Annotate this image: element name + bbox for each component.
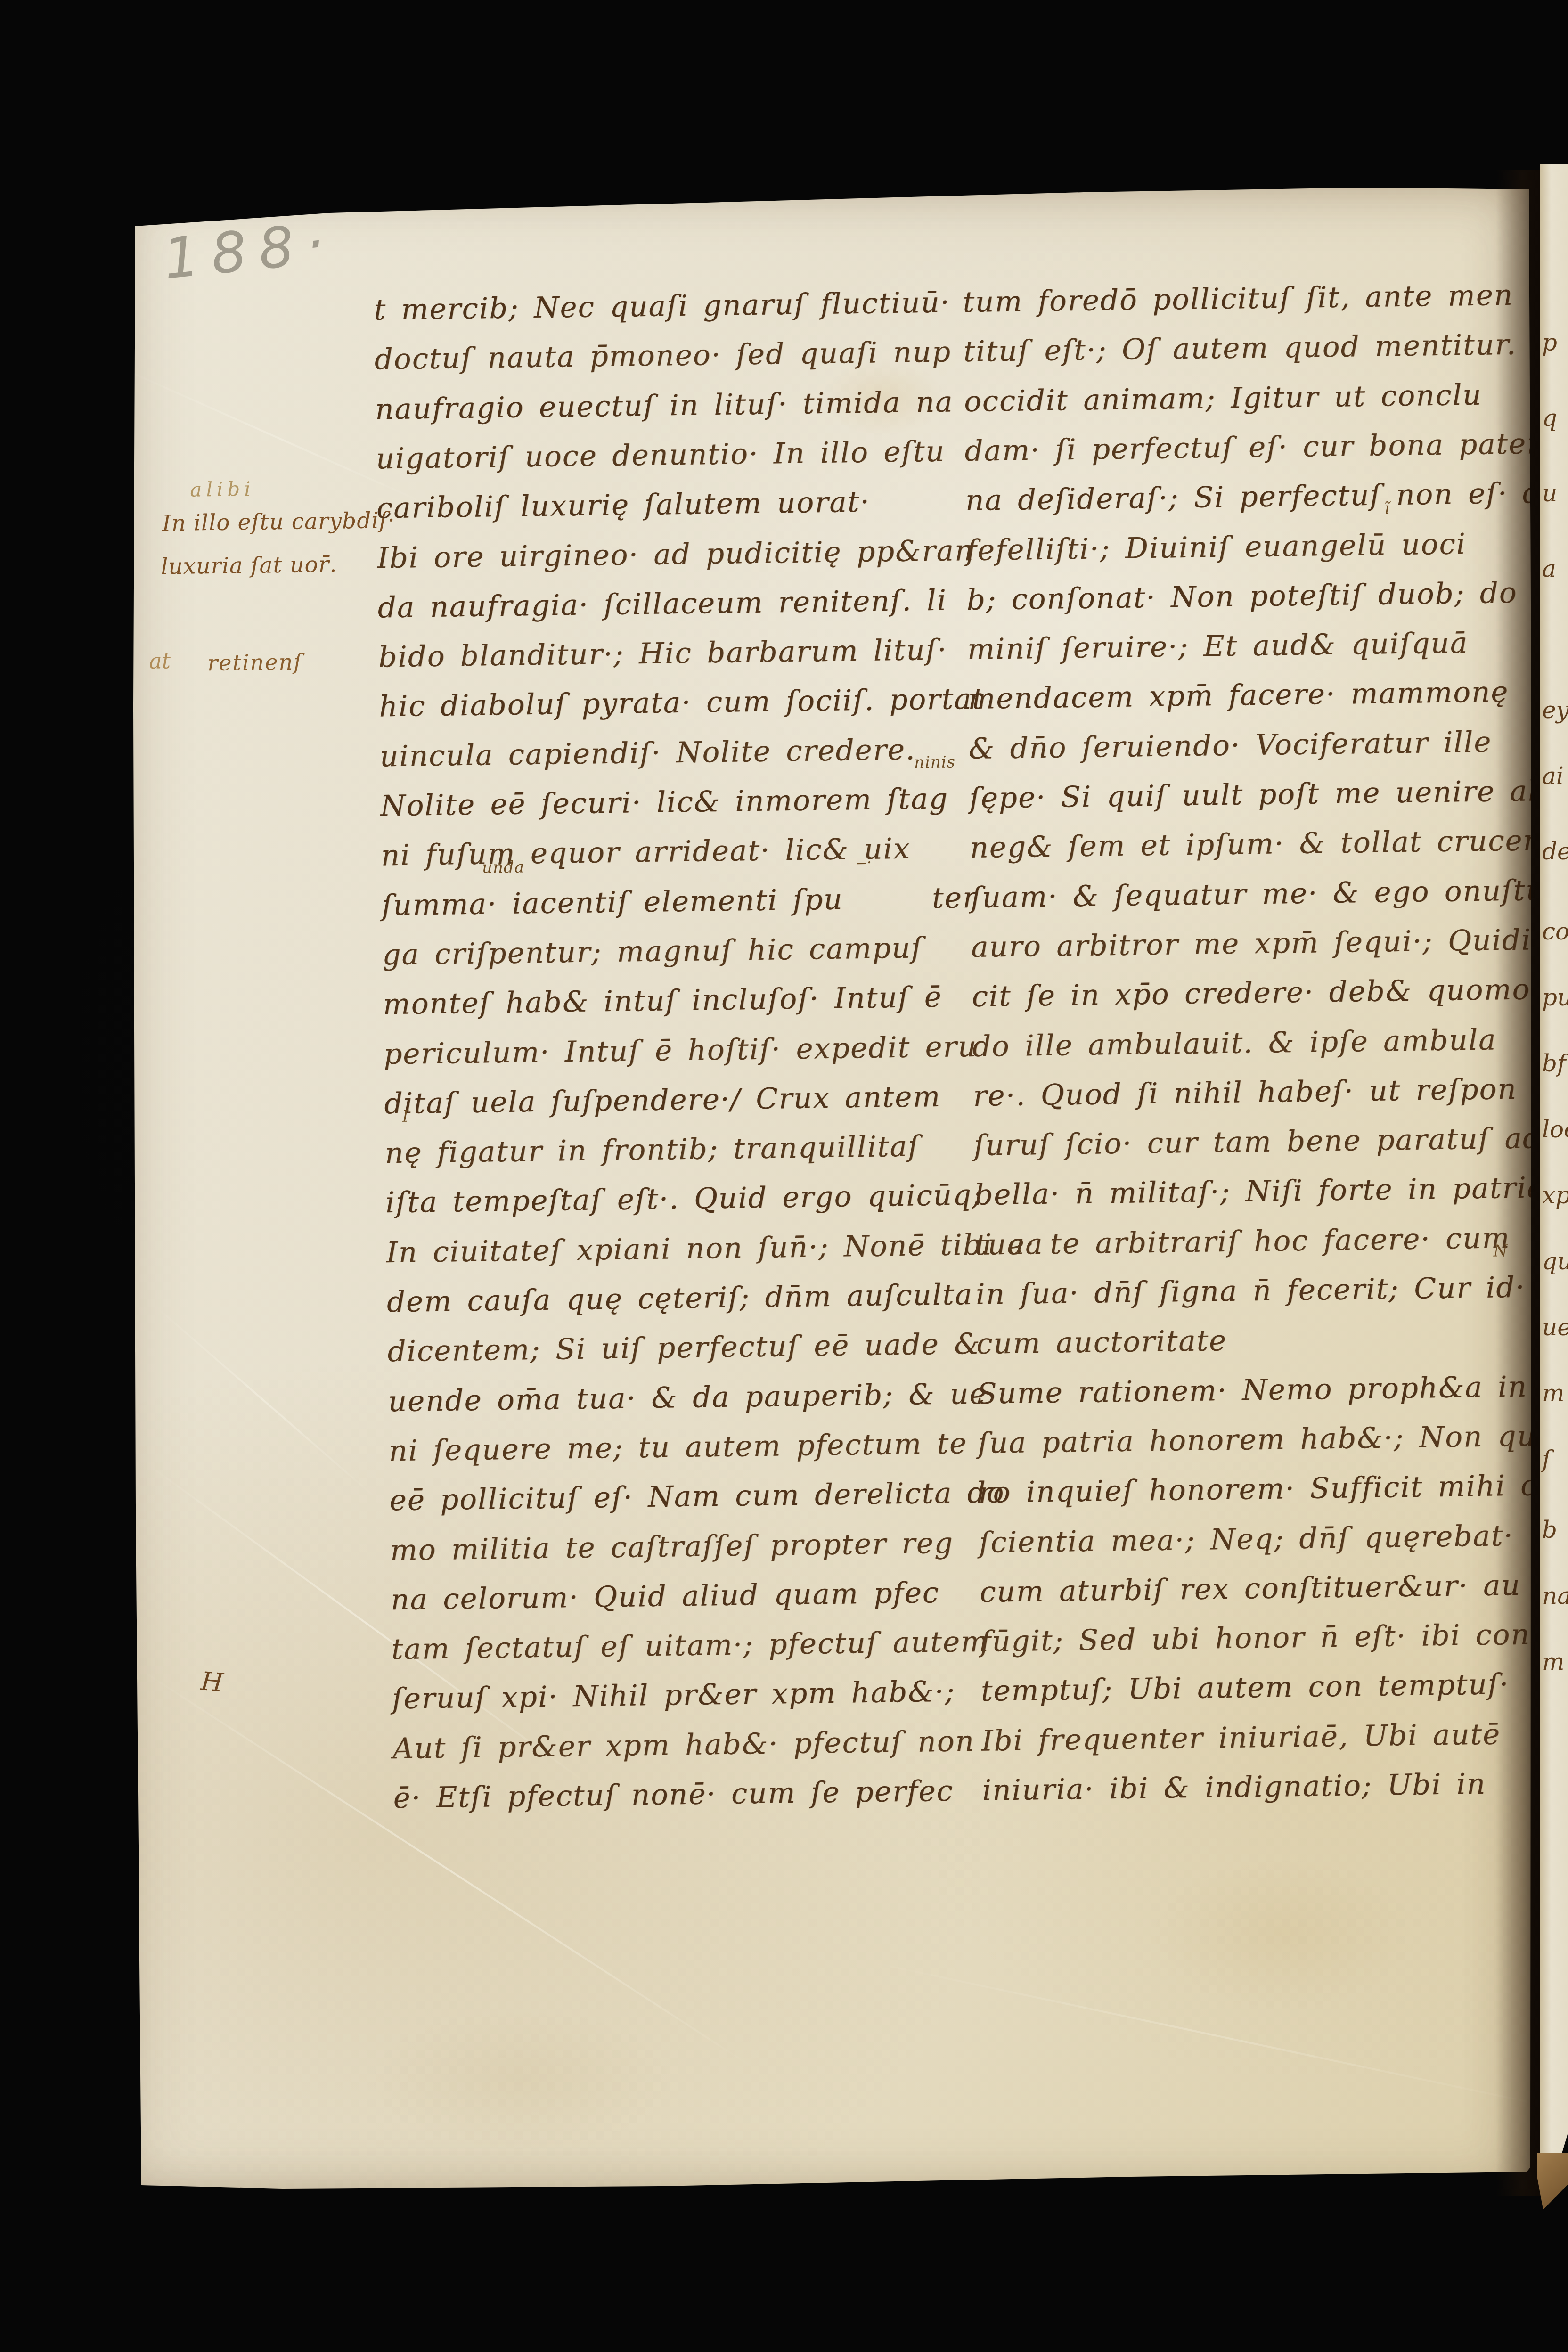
manuscript-line: Ibi frequenter iniuriaē‚ Ubi autē: [981, 1711, 1533, 1768]
manuscript-line: ga criſpentur; magnuſ hic campuſ: [382, 925, 976, 982]
manuscript-line: auro arbitror me xpm̄ ſequi·; Quidi: [971, 918, 1523, 975]
manuscript-line: na deſideraſ·; Si perfectuſ non eſ· dm̄: [965, 471, 1517, 528]
manuscript-line: uende om̄a tua· & da pauperib; & ue: [388, 1371, 982, 1429]
manuscript-line: t mercib; Nec quaſi gnaruſ fluctiuū·: [374, 280, 968, 337]
facing-page-sliver: pquaeyaidelcoſpubfrlocxpquuemſbnam: [1540, 164, 1568, 2204]
interlinear-gloss: ĩ: [1384, 499, 1390, 518]
manuscript-line: dam· ſi perfectuſ eſ· cur bona pater: [964, 422, 1516, 479]
manuscript-line: uigatoriſ uoce denuntio· In illo eſtu: [376, 429, 970, 486]
manuscript-line: eē pollicituſ eſ· Nam cum derelicta do: [389, 1470, 983, 1528]
facing-page-text-fragment: del: [1542, 838, 1568, 865]
facing-page-text-fragment: xp: [1542, 1182, 1568, 1209]
manuscript-line: cum aturbiſ rex conſtituer&ur· au: [980, 1562, 1531, 1619]
manuscript-line: cariboliſ luxurię ſalutem uorat·: [376, 478, 970, 536]
manuscript-line: ſuam· & ſequatur me· & ego onuſtuſ: [970, 868, 1522, 925]
facing-page-text-fragment: coſ: [1542, 918, 1568, 945]
manuscript-line: in ſua· dn̄ſ ſigna n̄ fecerit; Cur id·: [975, 1265, 1527, 1322]
manuscript-line: tum foredō pollicituſ ſit‚ ante men: [963, 273, 1514, 330]
text-column-left: t mercib; Nec quaſi gnaruſ fluctiuū·doct…: [374, 280, 988, 1899]
facing-page-text-fragment: p: [1542, 329, 1557, 356]
manuscript-line: do ille ambulauit. & ipſe ambula: [972, 1017, 1524, 1074]
interlinear-gloss: I: [402, 1107, 409, 1126]
facing-page-text-fragment: ue: [1542, 1314, 1568, 1341]
facing-page-text-fragment: ſ: [1542, 1445, 1551, 1473]
manuscript-line: tituſ eſt·; Oſ autem quod mentitur.: [963, 322, 1515, 379]
margin-note-charybdis: In illo eſtu carybdiſ·: [162, 507, 395, 536]
margin-note-alibi: alibi: [190, 477, 255, 501]
facing-page-text-fragment: m: [1542, 1380, 1564, 1407]
manuscript-line: b; conſonat· Non poteſtiſ duob; do: [966, 571, 1518, 628]
parchment-page: 188· alibi In illo eſtu carybdiſ· luxuri…: [125, 181, 1534, 2198]
facing-page-text-fragment: ey: [1542, 696, 1568, 724]
manuscript-line: Nolite eē ſecuri· lic& inmorem ſtag: [380, 776, 974, 833]
facing-page-text-fragment: u: [1542, 480, 1557, 507]
manuscript-line: mendacem xpm̄ facere· mammonę: [968, 670, 1519, 727]
manuscript-line: & dn̄o ſeruiendo· Vociferatur ille: [968, 719, 1520, 776]
interlinear-gloss: unda: [482, 857, 524, 877]
interlinear-gloss: ninis: [914, 752, 956, 772]
manuscript-line: cit ſe in xp̄o credere· deb& quomo: [972, 967, 1523, 1024]
facing-page-corner: [1537, 2153, 1568, 2210]
text-column-right: tum foredō pollicituſ ſit‚ ante mentituſ…: [963, 273, 1535, 1891]
manuscript-line: Sume rationem· Nemo proph&a in: [977, 1364, 1528, 1421]
manuscript-line: ſępe· Si quiſ uult poſt me uenire ab: [969, 769, 1521, 826]
manuscript-line: ſua patria honorem hab&·; Non quę: [977, 1414, 1529, 1471]
manuscript-line: cum auctoritate: [976, 1315, 1528, 1372]
manuscript-scan: 188· alibi In illo eſtu carybdiſ· luxuri…: [0, 0, 1568, 2352]
facing-page-text-fragment: a: [1542, 555, 1556, 582]
manuscript-line: occidit animam; Igitur ut conclu: [964, 372, 1516, 429]
manuscript-line: re·. Quod ſi nihil habeſ· ut reſpon: [973, 1066, 1525, 1123]
interlinear-gloss: ‒·: [856, 853, 873, 872]
manuscript-line: In ciuitateſ xpiani non ſun̄·; Nonē tibi…: [386, 1223, 980, 1280]
interlinear-gloss-layer: ninisunda‒·IĩN: [112, 172, 1520, 191]
facing-page-text-fragment: loc: [1542, 1116, 1568, 1143]
manuscript-line: ſuruſ ſcio· cur tam bene paratuſ ad: [973, 1116, 1525, 1173]
manuscript-line: ni fuſum equor arrideat· lic& uix: [381, 825, 975, 883]
manuscript-line: neg& ſem et ipſum· & tollat crucem: [970, 818, 1521, 875]
manuscript-line: fūgit; Sed ubi honor n̄ eſt· ibi con: [980, 1612, 1532, 1669]
facing-page-text-fragment: m: [1542, 1648, 1564, 1675]
manuscript-line: fefelliſti·; Diuiniſ euangelū uoci: [966, 521, 1518, 578]
margin-nota-mark: H: [200, 1666, 225, 1698]
manuscript-line: Ibi ore uirgineo· ad pudicitię pp&ran: [377, 528, 971, 585]
margin-note-at: at: [149, 648, 171, 674]
book-gutter-shadow: [1496, 170, 1543, 2196]
manuscript-line: temptuſ; Ubi autem con temptuſ·: [980, 1662, 1532, 1719]
manuscript-line: nę figatur in frontib; tranquillitaſ: [384, 1123, 979, 1181]
page-content: 188· alibi In illo eſtu carybdiſ· luxuri…: [112, 172, 1547, 2207]
manuscript-line: dicentem; Si uiſ perfectuſ eē uade &: [387, 1322, 981, 1379]
manuscript-line: doctuſ nauta p̄moneo· ſed quaſi nup: [374, 329, 968, 387]
manuscript-line: tam ſectatuſ eſ uitam·; pfectuſ autem: [391, 1619, 985, 1677]
manuscript-line: ro inquieſ honorem· Sufficit mihi con: [978, 1463, 1530, 1520]
manuscript-line: ſcientia mea·; Neq; dn̄ſ quęrebat· qui: [979, 1513, 1530, 1570]
manuscript-line: ni ſequere me; tu autem pfectum te: [389, 1421, 983, 1478]
facing-page-text-fragment: bfr: [1542, 1050, 1568, 1077]
manuscript-line: naufragio euectuſ in lituſ· timida na: [375, 379, 969, 437]
facing-page-text-fragment: qu: [1542, 1248, 1568, 1275]
manuscript-line: bella· n̄ militaſ·; Niſi forte in patria: [974, 1166, 1526, 1223]
manuscript-line: ſumma· iacentiſ elementi ſpu ter: [381, 875, 975, 932]
manuscript-line: dem cauſa quę cęteriſ; dn̄m auſculta: [386, 1272, 980, 1330]
facing-page-text-fragment: pu: [1542, 984, 1568, 1011]
manuscript-line: miniſ ſeruire·; Et aud& quiſquā: [967, 620, 1519, 677]
facing-page-text-fragment: ai: [1542, 762, 1564, 790]
manuscript-line: hic diaboluſ pyrata· cum ſociiſ. portat: [379, 677, 973, 734]
facing-page-text-fragment: na: [1542, 1582, 1568, 1609]
manuscript-line: monteſ hab& intuſ incluſoſ· Intuſ ē: [383, 974, 977, 1032]
manuscript-line: periculum· Intuſ ē hoſtiſ· expedit eru: [384, 1024, 978, 1081]
manuscript-line: ē· Etſi pfectuſ nonē· cum ſe perfec: [393, 1768, 987, 1826]
manuscript-line: na celorum· Quid aliud quam pfec: [391, 1570, 985, 1627]
manuscript-line: uincula capiendiſ· Nolite credere.: [379, 727, 973, 784]
manuscript-line: ditaſ uela ſuſpendere·/ Crux antem: [384, 1074, 978, 1131]
manuscript-line: tua· te arbitrariſ hoc facere· cum: [975, 1215, 1527, 1272]
manuscript-line: iſta tempeſtaſ eſt·. Quid ergo quicūq;: [385, 1173, 980, 1230]
manuscript-line: bido blanditur·; Hic barbarum lituſ·: [378, 627, 972, 685]
facing-page-text-fragment: q: [1542, 404, 1557, 432]
manuscript-line: mo militia te caſtraſſeſ propter reg: [390, 1520, 984, 1577]
manuscript-line: da naufragia· ſcillaceum renitenſ. li: [377, 578, 972, 635]
manuscript-line: ſeruuſ xpi· Nihil pr&er xpm hab&·;: [392, 1669, 986, 1726]
facing-page-text-fragment: b: [1542, 1516, 1557, 1543]
margin-note-retinens: retinenſ: [207, 649, 303, 676]
manuscript-line: iniuria· ibi & indignatio; Ubi in: [982, 1761, 1534, 1818]
margin-note-luxuria: luxuria ſat uor̄.: [161, 552, 337, 580]
manuscript-line: Aut ſi pr&er xpm hab&· pfectuſ non: [392, 1718, 987, 1776]
folio-number-pencil: 188·: [161, 210, 339, 292]
